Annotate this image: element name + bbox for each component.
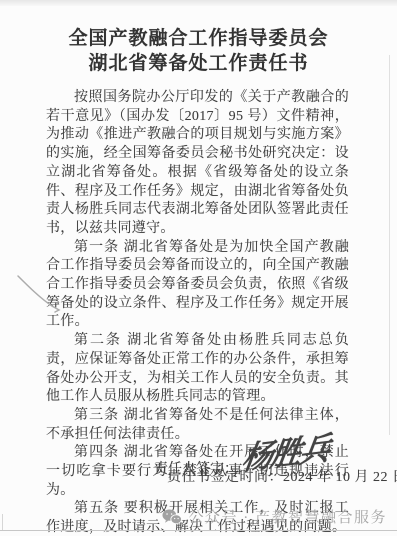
paper-left-edge-shadow: [2, 514, 3, 531]
wechat-watermark-label: 公众号 · 产教智慧融合服务: [189, 506, 388, 527]
paper-right-edge-shadow: [389, 55, 390, 435]
sign-date-row: 责任书签定时间：2024 年 10 月 22 日: [167, 466, 397, 486]
sign-date-label: 责任书签定时间：: [167, 470, 283, 485]
document-title-line2: 湖北省筹备处工作责任书: [0, 51, 397, 76]
document-paragraph: 第一条 湖北省筹备处是为加快全国产教融合工作指导委员会筹备而设立的，向全国产教融…: [46, 239, 349, 333]
document-paragraph: 按照国务院办公厅印发的《关于产教融合的若干意见》（国办发〔2017〕95 号）文…: [46, 89, 349, 239]
document-page: 全国产教融合工作指导委员会 湖北省筹备处工作责任书 按照国务院办公厅印发的《关于…: [0, 0, 397, 536]
photo-bottom-edge: [0, 530, 397, 531]
photo-top-edge: [0, 0, 397, 6]
wechat-watermark: 公众号 · 产教智慧融合服务: [162, 506, 388, 527]
document-title: 全国产教融合工作指导委员会 湖北省筹备处工作责任书: [0, 26, 397, 76]
paper-crease-mark: [8, 268, 72, 320]
document-paragraph: 第二条 湖北省筹备处由杨胜兵同志总负责，应保证筹备处正常工作的办公条件，承担筹备…: [46, 332, 349, 407]
wechat-icon: [162, 509, 182, 525]
document-title-line1: 全国产教融合工作指导委员会: [0, 26, 397, 51]
sign-date-value: 2024 年 10 月 22 日: [283, 470, 397, 485]
